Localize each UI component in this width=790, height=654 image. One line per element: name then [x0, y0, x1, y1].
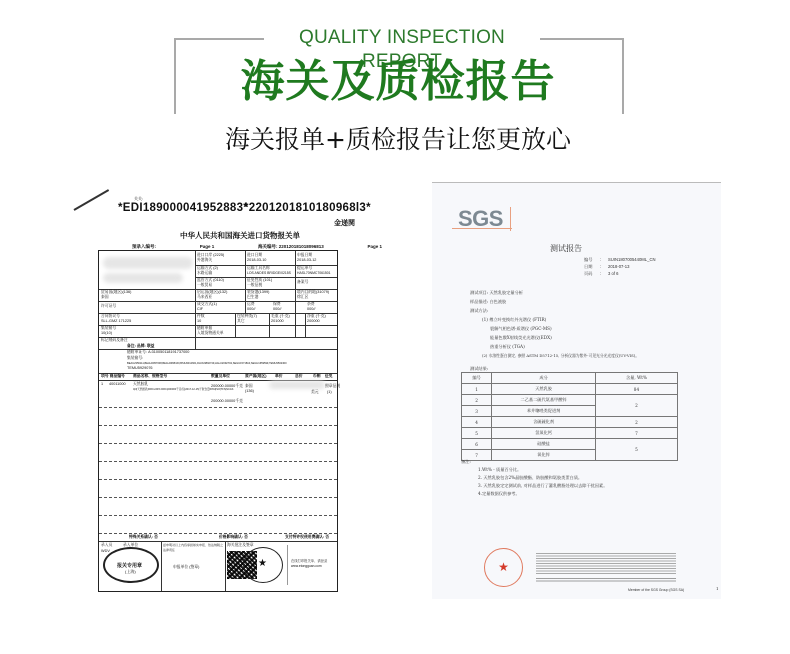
customs-broker-stamp: 报关专用章 (上海): [103, 547, 159, 583]
royalty: 支付特许权使用费确认: 否: [285, 535, 329, 540]
method-item: (1) 傅立叶变换红外光谱仪 (FTIR): [482, 317, 546, 323]
method-item: (2) 水溶性蛋白测定, 参照 ASTM D5712-15, 分析仪器为紫外-可…: [482, 353, 639, 359]
test-method-label: 测试方法:: [470, 308, 488, 314]
verify-url: www.etongguan.com: [291, 564, 322, 569]
row-component: 天然乳胶: [492, 384, 596, 395]
field-value: SLL-GMZ 171225: [101, 319, 131, 324]
container-ids: TEMU5929076: [127, 366, 153, 371]
goods-levy: 照章征税: [325, 384, 340, 389]
method-item: 裂解气相色谱-质谱仪 (PGC-MS): [490, 326, 552, 332]
declaration-title: 中华人民共和国海关进口货物报关单: [180, 230, 300, 241]
field-value: LOS ANDES BRIDGE/0215S: [247, 271, 291, 276]
goods-item-no: 1: [101, 382, 103, 387]
field-value: 000//: [247, 307, 255, 312]
field-value: 一般贸易: [197, 283, 212, 288]
meta-value: SUIN1807005440ML_CN: [608, 257, 656, 262]
note: 4.定量数据仅供参考。: [478, 491, 520, 497]
report-title: 测试报告: [550, 243, 582, 254]
row-content: 2: [595, 395, 677, 417]
field-value: 10: [197, 319, 201, 324]
statement: 兹申明对以上内容承担如实申报、依法纳税之法律责任: [163, 543, 223, 553]
star-icon: ★: [258, 558, 267, 569]
goods-header: 征免: [325, 374, 333, 379]
goods-hs-code: 40011000: [109, 382, 126, 387]
field-value: 2018-03-12: [297, 258, 316, 263]
row-no: 5: [462, 428, 492, 439]
meta-row: 日期:2018-07-13: [584, 264, 629, 270]
field-value: 201000: [271, 319, 284, 324]
stamp-text: 报关专用章: [117, 562, 142, 569]
row-no: 2: [462, 395, 492, 406]
test-item: 测试项目: 天然乳胶定量分析: [470, 290, 523, 296]
meta-label: 日期: [584, 264, 600, 270]
meta-value: 3 of 6: [608, 271, 618, 276]
meta-row: 编号:SUIN1807005440ML_CN: [584, 257, 656, 263]
special-relation: 特殊关系确认: 否: [129, 535, 158, 540]
row-no: 1: [462, 384, 492, 395]
edi-code: *EDI189000041952883*: [118, 202, 248, 214]
table-row: 2二乙基二硫代氨基甲酸锌2: [462, 395, 678, 406]
declarant-label: 录入员: [101, 543, 112, 548]
sample-desc: 样品描述: 白色液胶: [470, 299, 506, 305]
fine-print: [536, 553, 676, 575]
row-content: 84: [595, 384, 677, 395]
goods-header: 单价: [275, 374, 283, 379]
field-value: 200000: [307, 319, 320, 324]
col-header: 含量, Wt%: [595, 373, 677, 384]
note: 1.Wt% - 质量百分比。: [478, 467, 521, 473]
method-item: 能量色散X射线荧光光谱仪(EDX): [490, 335, 552, 341]
page-label-2: Page 1: [367, 244, 382, 250]
field-label: 标记唛码及备注: [101, 338, 128, 343]
row-component: 氢氧化钙: [492, 428, 596, 439]
cert-no: 随附单证号: A:310050118191737000: [127, 350, 189, 355]
redacted-area: [103, 273, 183, 283]
fine-print: [536, 578, 676, 583]
field-value: 徐汇区: [297, 295, 308, 300]
redacted-area: [269, 381, 325, 389]
goods-levy-code: (1): [327, 390, 332, 395]
member-text: Member of the SGS Group (SGS SA): [628, 588, 684, 592]
row-component: 含硫硫化剂: [492, 417, 596, 428]
row-content: 5: [595, 439, 677, 461]
redacted-area: [103, 257, 193, 269]
goods-origin-code: (136): [245, 389, 254, 394]
star-icon: ★: [498, 560, 509, 574]
field-value: 一般征税: [247, 283, 262, 288]
row-content: 2: [595, 417, 677, 428]
sgs-test-report-image: SGS 测试报告 编号:SUIN1807005440ML_CN 日期:2018-…: [432, 182, 721, 599]
col-header: 编号: [462, 373, 492, 384]
field-value: 马来西亚: [197, 295, 212, 300]
field-label: 备案号: [297, 280, 308, 285]
sgs-seal: ★: [484, 548, 523, 587]
customs-seal: ★: [243, 547, 283, 583]
note: 3. 天然乳胶定定测试前, 对样品进行了灌乳酸脂处理以去除干扰因素。: [478, 483, 607, 489]
goods-qty: 200000.00000千克: [211, 384, 243, 389]
declaration-code: *2201201810180968l3*: [244, 202, 371, 214]
results-header: 编号 成分 含量, Wt%: [462, 373, 678, 384]
field-value: 2018-03-10: [247, 258, 266, 263]
declaration-table: 进口口岸 (2225) 外港海关 进口日期 2018-03-10 申报日期 20…: [98, 250, 338, 592]
notes-label: 备注:: [461, 459, 471, 465]
goods-header: 币制: [313, 374, 321, 379]
price-influence: 价格影响确认: 否: [219, 535, 248, 540]
remark: 备注: 品牌: 联益: [127, 344, 154, 349]
customs-declaration-image: 关关: *EDI189000041952883* *22012018101809…: [62, 190, 402, 610]
note: 2. 天然乳胶包含2%晶胶酸酯、防胶酸和氨胶类蛋白质。: [478, 475, 582, 481]
scan-mark: [74, 189, 110, 211]
stamp-name: 金递関: [334, 218, 355, 228]
results-table: 编号 成分 含量, Wt% 1天然乳胶84 2二乙基二硫代氨基甲酸锌2 3苯并噻…: [461, 372, 678, 461]
goods-header: 数量及单位: [211, 374, 230, 379]
goods-header: 总价: [295, 374, 303, 379]
meta-row: 页码:3 of 6: [584, 271, 618, 277]
goods-header: 原产国(地区): [245, 374, 267, 379]
row-component: 氧化锌: [492, 450, 596, 461]
field-value: 入境货物通关单: [197, 331, 224, 336]
page-marker: 1: [716, 586, 719, 591]
stamp-sub: (上海): [125, 569, 136, 575]
meta-label: 页码: [584, 271, 600, 277]
declaring-unit: 申报单位 (签章): [173, 565, 199, 570]
field-value: CIF: [197, 307, 203, 312]
field-value: 000//: [307, 307, 315, 312]
row-no: 4: [462, 417, 492, 428]
row-component: 二乙基二硫代氨基甲酸锌: [492, 395, 596, 406]
goods-header: 项号 商品编号: [101, 374, 125, 379]
table-row: 6硅酸盐5: [462, 439, 678, 450]
page-title: 海关及质检报告: [176, 54, 620, 110]
field-value: 水路运输: [197, 271, 212, 276]
logo-rule: [510, 207, 511, 231]
meta-value: 2018-07-13: [608, 264, 629, 269]
field-value: 泰国: [101, 295, 109, 300]
field-value: 巴生港: [247, 295, 258, 300]
page-subtitle: 海关报单+质检报告让您更放心: [176, 120, 620, 160]
row-component: 苯并噻唑类促进剂: [492, 406, 596, 417]
field-value: 外港海关: [197, 258, 212, 263]
col-header: 成分: [492, 373, 596, 384]
row-no: 3: [462, 406, 492, 417]
field-value: 10(10): [101, 331, 112, 336]
goods-header: 商品名称、规格型号: [133, 374, 167, 379]
meta-label: 编号: [584, 257, 600, 263]
row-content: 7: [595, 428, 677, 439]
goods-currency: 美元: [311, 390, 319, 395]
customs-approval: 海关批注及签章: [227, 543, 254, 548]
logo-rule: [452, 228, 512, 229]
row-component: 硅酸盐: [492, 439, 596, 450]
table-row: 4含硫硫化剂2: [462, 417, 678, 428]
table-row: 1天然乳胶84: [462, 384, 678, 395]
row-no: 6: [462, 439, 492, 450]
goods-qty: 200000.00000千克: [211, 399, 243, 404]
field-value: 000//: [273, 307, 281, 312]
table-row: 5氢氧化钙7: [462, 428, 678, 439]
field-label: 许可证号: [101, 304, 116, 309]
method-item: 热重分析仪 (TGA): [490, 344, 525, 350]
field-value: 其它: [237, 319, 245, 324]
field-value: HASL70NMC7061501: [297, 271, 331, 276]
